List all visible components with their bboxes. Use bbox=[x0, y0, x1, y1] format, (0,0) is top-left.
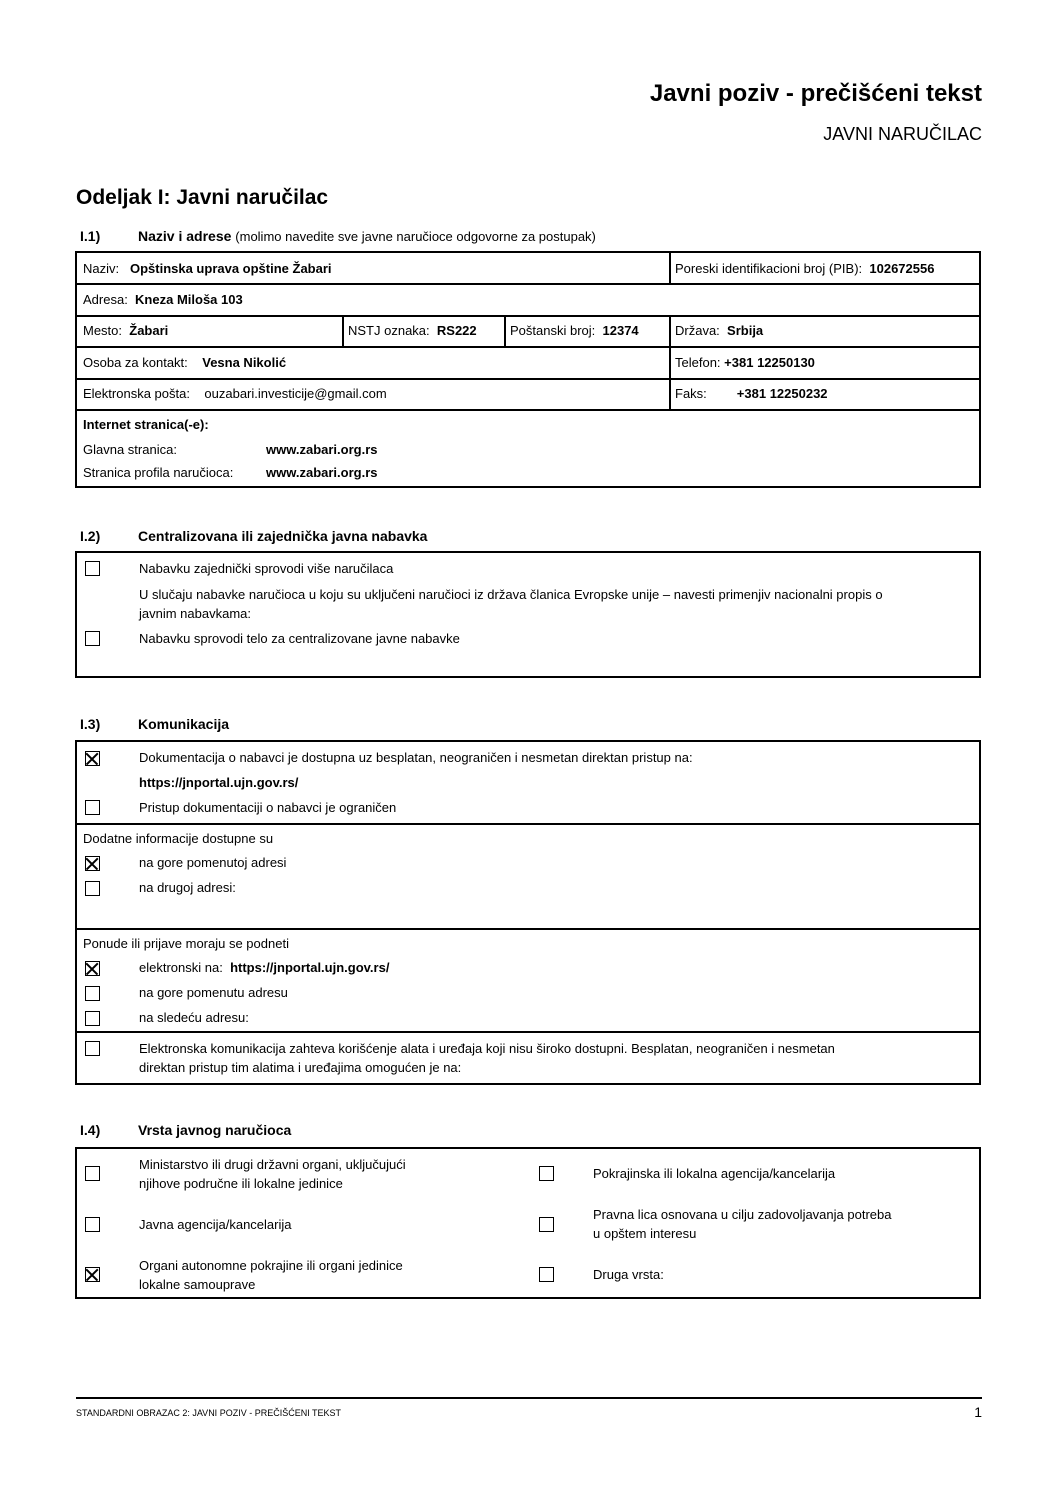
adresa-value: Kneza Miloša 103 bbox=[135, 292, 243, 307]
submit-electronic-label: elektronski na: https://jnportal.ujn.gov… bbox=[139, 958, 389, 977]
joint-procurement-checkbox[interactable] bbox=[85, 561, 100, 576]
authority-type-box: Ministarstvo ili drugi državni organi, u… bbox=[75, 1147, 981, 1299]
type-other-label: Druga vrsta: bbox=[593, 1265, 664, 1284]
type-public-interest-checkbox[interactable] bbox=[539, 1217, 554, 1232]
pib-field: Poreski identifikacioni broj (PIB): 1026… bbox=[675, 261, 934, 276]
submit-next-address-label: na sledeću adresu: bbox=[139, 1008, 249, 1027]
kontakt-value: Vesna Nikolić bbox=[202, 355, 286, 370]
type-regional-agency-label: Pokrajinska ili lokalna agencija/kancela… bbox=[593, 1164, 835, 1183]
info-other-address-label: na drugoj adresi: bbox=[139, 878, 236, 897]
type-public-agency-checkbox[interactable] bbox=[85, 1217, 100, 1232]
subsection-number: I.2) bbox=[80, 528, 100, 544]
info-other-address-checkbox[interactable] bbox=[85, 881, 100, 896]
submit-next-address-checkbox[interactable] bbox=[85, 1011, 100, 1026]
footer-text: STANDARDNI OBRAZAC 2: JAVNI POZIV - PREČ… bbox=[76, 1408, 341, 1418]
contracting-authority-table: Naziv: Opštinska uprava opštine Žabari P… bbox=[75, 251, 981, 488]
telefon-value: +381 12250130 bbox=[724, 355, 815, 370]
section-title: Odeljak I: Javni naručilac bbox=[76, 186, 328, 210]
joint-procurement-label: Nabavku zajednički sprovodi više naručil… bbox=[139, 559, 393, 578]
type-public-interest-label: Pravna lica osnovana u cilju zadovoljava… bbox=[593, 1205, 891, 1243]
tools-checkbox[interactable] bbox=[85, 1041, 100, 1056]
document-subtitle: JAVNI NARUČILAC bbox=[823, 124, 982, 145]
naziv-field: Naziv: Opštinska uprava opštine Žabari bbox=[83, 261, 332, 276]
doc-access-checkbox[interactable] bbox=[85, 751, 100, 766]
subsection-number: I.1) bbox=[80, 228, 100, 244]
postanski-field: Poštanski broj: 12374 bbox=[510, 323, 639, 338]
joint-procurement-box: Nabavku zajednički sprovodi više naručil… bbox=[75, 551, 981, 678]
profil-label: Stranica profila naručioca: bbox=[83, 465, 233, 480]
submit-heading: Ponude ili prijave moraju se podneti bbox=[83, 934, 289, 953]
central-body-checkbox[interactable] bbox=[85, 631, 100, 646]
glavna-label: Glavna stranica: bbox=[83, 442, 177, 457]
naziv-value: Opštinska uprava opštine Žabari bbox=[130, 261, 332, 276]
doc-restricted-label: Pristup dokumentaciji o nabavci je ogran… bbox=[139, 798, 396, 817]
tools-label: Elektronska komunikacija zahteva korišće… bbox=[139, 1039, 969, 1077]
subsection-title: Komunikacija bbox=[138, 716, 229, 732]
faks-field: Faks:+381 12250232 bbox=[675, 386, 828, 401]
document-title: Javni poziv - prečišćeni tekst bbox=[650, 80, 982, 108]
subsection-title: Naziv i adrese bbox=[138, 228, 231, 244]
communication-box: Dokumentacija o nabavci je dostupna uz b… bbox=[75, 740, 981, 1085]
doc-restricted-checkbox[interactable] bbox=[85, 800, 100, 815]
glavna-value[interactable]: www.zabari.org.rs bbox=[266, 442, 378, 457]
adresa-field: Adresa: Kneza Miloša 103 bbox=[83, 292, 243, 307]
doc-url-link[interactable]: https://jnportal.ujn.gov.rs/ bbox=[139, 773, 298, 792]
type-autonomous-checkbox[interactable] bbox=[85, 1267, 100, 1282]
info-heading: Dodatne informacije dostupne su bbox=[83, 829, 273, 848]
type-ministry-label: Ministarstvo ili drugi državni organi, u… bbox=[139, 1155, 406, 1193]
type-autonomous-label: Organi autonomne pokrajine ili organi je… bbox=[139, 1256, 403, 1294]
postanski-value: 12374 bbox=[603, 323, 639, 338]
subsection-number: I.4) bbox=[80, 1122, 100, 1138]
nstj-field: NSTJ oznaka: RS222 bbox=[348, 323, 477, 338]
type-other-checkbox[interactable] bbox=[539, 1267, 554, 1282]
central-body-label: Nabavku sprovodi telo za centralizovane … bbox=[139, 629, 460, 648]
telefon-field: Telefon: +381 12250130 bbox=[675, 355, 815, 370]
mesto-value: Žabari bbox=[129, 323, 168, 338]
internet-label: Internet stranica(-e): bbox=[83, 417, 209, 432]
drzava-field: Država: Srbija bbox=[675, 323, 763, 338]
profil-value[interactable]: www.zabari.org.rs bbox=[266, 465, 378, 480]
kontakt-field: Osoba za kontakt: Vesna Nikolić bbox=[83, 355, 286, 370]
subsection-title: Vrsta javnog naručioca bbox=[138, 1122, 291, 1138]
subsection-number: I.3) bbox=[80, 716, 100, 732]
info-same-address-label: na gore pomenutoj adresi bbox=[139, 853, 286, 872]
doc-access-label: Dokumentacija o nabavci je dostupna uz b… bbox=[139, 748, 693, 767]
type-regional-agency-checkbox[interactable] bbox=[539, 1166, 554, 1181]
info-same-address-checkbox[interactable] bbox=[85, 856, 100, 871]
email-field: Elektronska pošta: ouzabari.investicije@… bbox=[83, 386, 387, 401]
mesto-field: Mesto: Žabari bbox=[83, 323, 168, 338]
type-public-agency-label: Javna agencija/kancelarija bbox=[139, 1215, 291, 1234]
submit-url-link[interactable]: https://jnportal.ujn.gov.rs/ bbox=[230, 960, 389, 975]
subsection-title: Centralizovana ili zajednička javna naba… bbox=[138, 528, 427, 544]
eu-note: U slučaju nabavke naručioca u koju su uk… bbox=[139, 585, 974, 623]
drzava-value: Srbija bbox=[727, 323, 763, 338]
email-value[interactable]: ouzabari.investicije@gmail.com bbox=[204, 386, 386, 401]
pib-value: 102672556 bbox=[869, 261, 934, 276]
subsection-note: (molimo navedite sve javne naručioce odg… bbox=[235, 229, 596, 244]
submit-same-address-label: na gore pomenutu adresu bbox=[139, 983, 288, 1002]
faks-value: +381 12250232 bbox=[737, 386, 828, 401]
page-number: 1 bbox=[974, 1404, 982, 1420]
footer-divider bbox=[76, 1397, 982, 1399]
submit-electronic-checkbox[interactable] bbox=[85, 961, 100, 976]
submit-same-address-checkbox[interactable] bbox=[85, 986, 100, 1001]
type-ministry-checkbox[interactable] bbox=[85, 1166, 100, 1181]
nstj-value: RS222 bbox=[437, 323, 477, 338]
